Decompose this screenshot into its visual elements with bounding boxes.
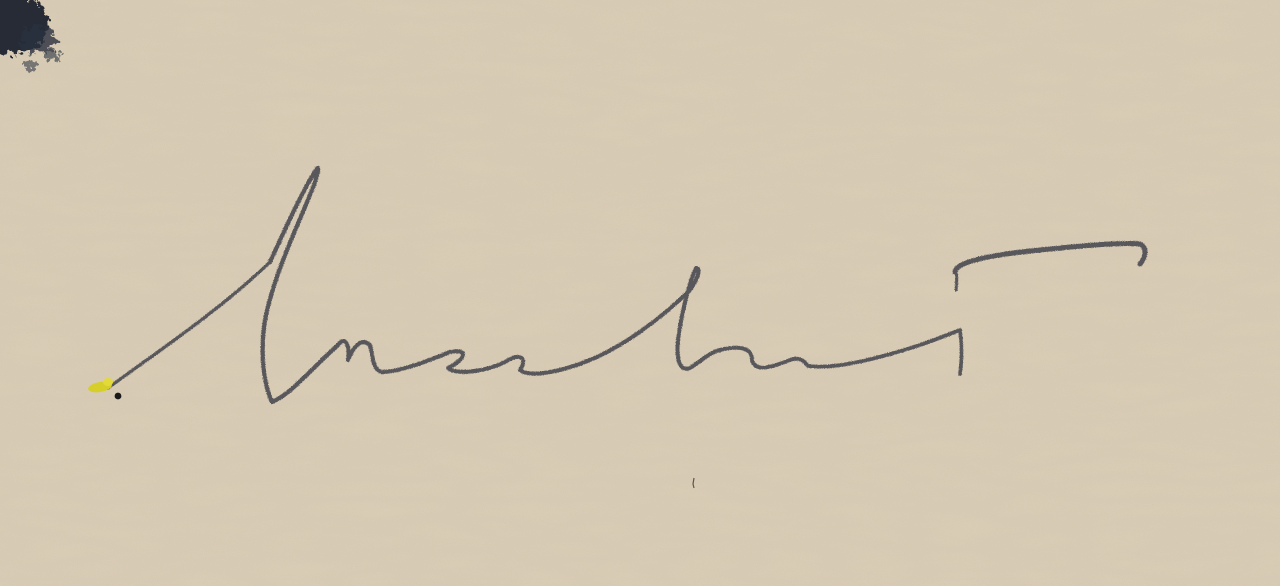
paper-scene: Pencil signature on textured beige paper: [0, 0, 1280, 586]
paper-canvas: [0, 0, 1280, 586]
paper-fibers: [0, 0, 1280, 586]
stroke-t-stem-top: [956, 270, 957, 290]
stroke-t-stem: [960, 330, 962, 374]
